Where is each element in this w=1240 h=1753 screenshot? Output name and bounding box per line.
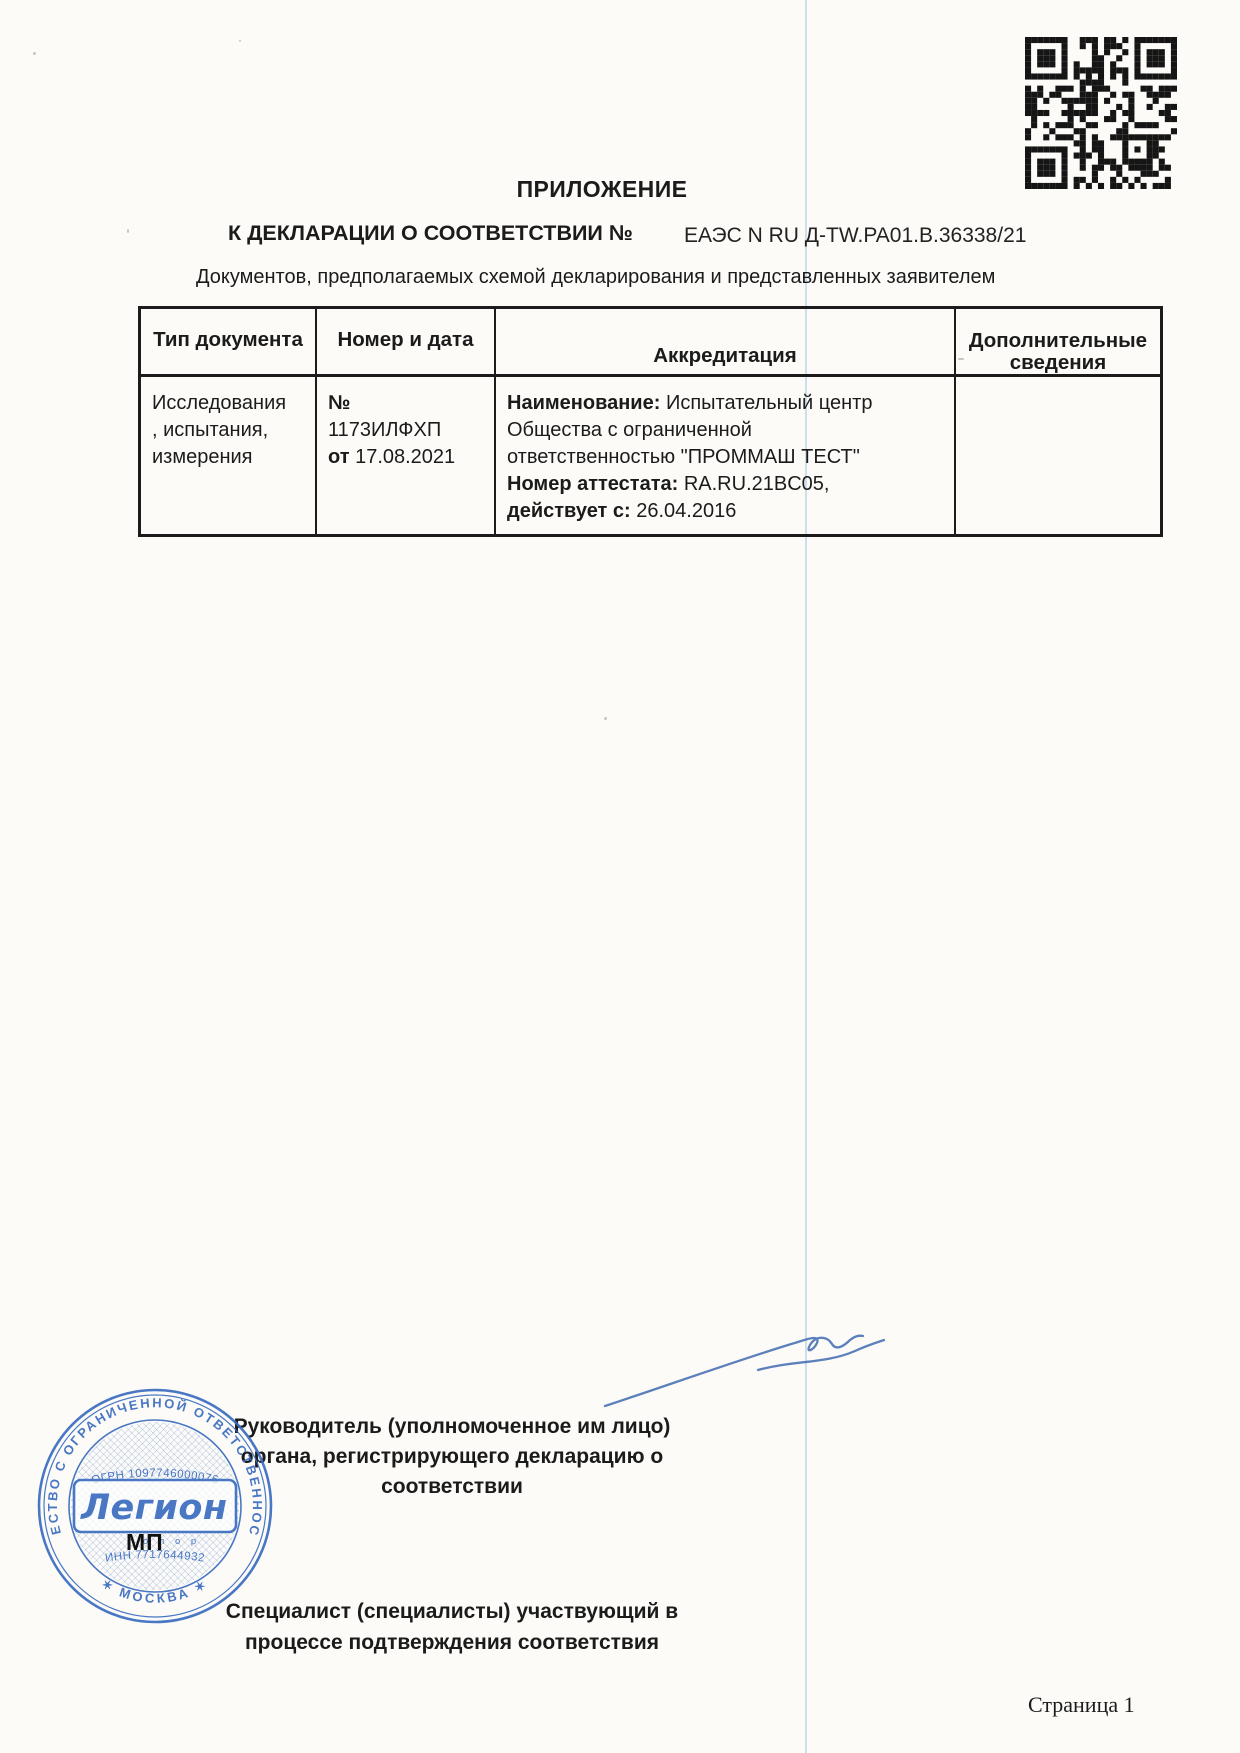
doc-type-line: , испытания, [152, 417, 307, 444]
appendix-title: ПРИЛОЖЕНИЕ [0, 176, 1204, 203]
scan-speck [33, 52, 36, 55]
cell-number-date: № 1173ИЛФХП от 17.08.2021 [317, 377, 496, 534]
date-prefix: от [328, 446, 350, 468]
cell-accreditation: Наименование: Испытательный центр Общест… [496, 377, 956, 534]
head-signature-caption: Руководитель (уполномоченное им лицо) ор… [212, 1412, 692, 1502]
column-header-accreditation: Аккредитация [496, 309, 956, 377]
attestation-line: Номер аттестата: RA.RU.21BC05, [507, 471, 946, 498]
date-value: 17.08.2021 [355, 446, 455, 468]
attestation-number: RA.RU.21BC05, [684, 473, 830, 495]
column-header-doc-type: Тип документа [141, 309, 317, 377]
column-header-additional-info: Дополнительные сведения [956, 309, 1160, 377]
attestation-label: Номер аттестата: [507, 473, 678, 495]
accreditation-name-line: Общества с ограниченной [507, 417, 946, 444]
cell-doc-type: Исследования , испытания, измерения [141, 377, 317, 534]
page-number: Страница 1 [1028, 1692, 1135, 1718]
stamp-logo-text: Легион [80, 1488, 229, 1528]
signature [600, 1318, 890, 1413]
scan-speck [604, 717, 607, 720]
caption-line: соответствии [212, 1472, 692, 1502]
doc-type-line: Исследования [152, 390, 307, 417]
specialist-caption: Специалист (специалисты) участвующий в п… [212, 1596, 692, 1658]
declaration-label: К ДЕКЛАРАЦИИ О СООТВЕТСТВИИ № [228, 221, 633, 246]
cell-additional-info [956, 377, 1160, 534]
valid-from-label: действует с: [507, 500, 631, 522]
valid-from-line: действует с: 26.04.2016 [507, 498, 946, 525]
caption-line: процессе подтверждения соответствия [212, 1627, 692, 1658]
caption-line: Руководитель (уполномоченное им лицо) [212, 1412, 692, 1442]
caption-line: Специалист (специалисты) участвующий в [212, 1596, 692, 1627]
valid-from-date: 26.04.2016 [636, 500, 736, 522]
column-header-number-date: Номер и дата [317, 309, 496, 377]
qr-code [1025, 37, 1177, 189]
scan-speck [239, 40, 241, 42]
name-label: Наименование: [507, 392, 660, 414]
doc-type-line: измерения [152, 444, 307, 471]
accreditation-name-line: Наименование: Испытательный центр [507, 390, 946, 417]
document-number: 1173ИЛФХП [328, 417, 486, 444]
scan-speck [127, 229, 129, 233]
name-value: Испытательный центр [666, 392, 873, 414]
documents-table: Тип документа Номер и дата Аккредитация … [138, 306, 1163, 537]
accreditation-name-line: ответственностью "ПРОММАШ ТЕСТ" [507, 444, 946, 471]
document-subtitle: Документов, предполагаемых схемой деклар… [196, 266, 995, 289]
caption-line: органа, регистрирующего декларацию о [212, 1442, 692, 1472]
scan-fold-line [805, 0, 807, 1753]
document-date: от 17.08.2021 [328, 444, 486, 471]
mp-label: МП [126, 1529, 164, 1556]
company-stamp: ОБЩЕСТВО С ОГРАНИЧЕННОЙ ОТВЕТСТВЕННОСТЬЮ… [36, 1387, 274, 1625]
declaration-number: ЕАЭС N RU Д-TW.PA01.B.36338/21 [684, 224, 1026, 248]
number-sign: № [328, 390, 486, 417]
document-page: ПРИЛОЖЕНИЕ К ДЕКЛАРАЦИИ О СООТВЕТСТВИИ №… [0, 0, 1240, 1753]
